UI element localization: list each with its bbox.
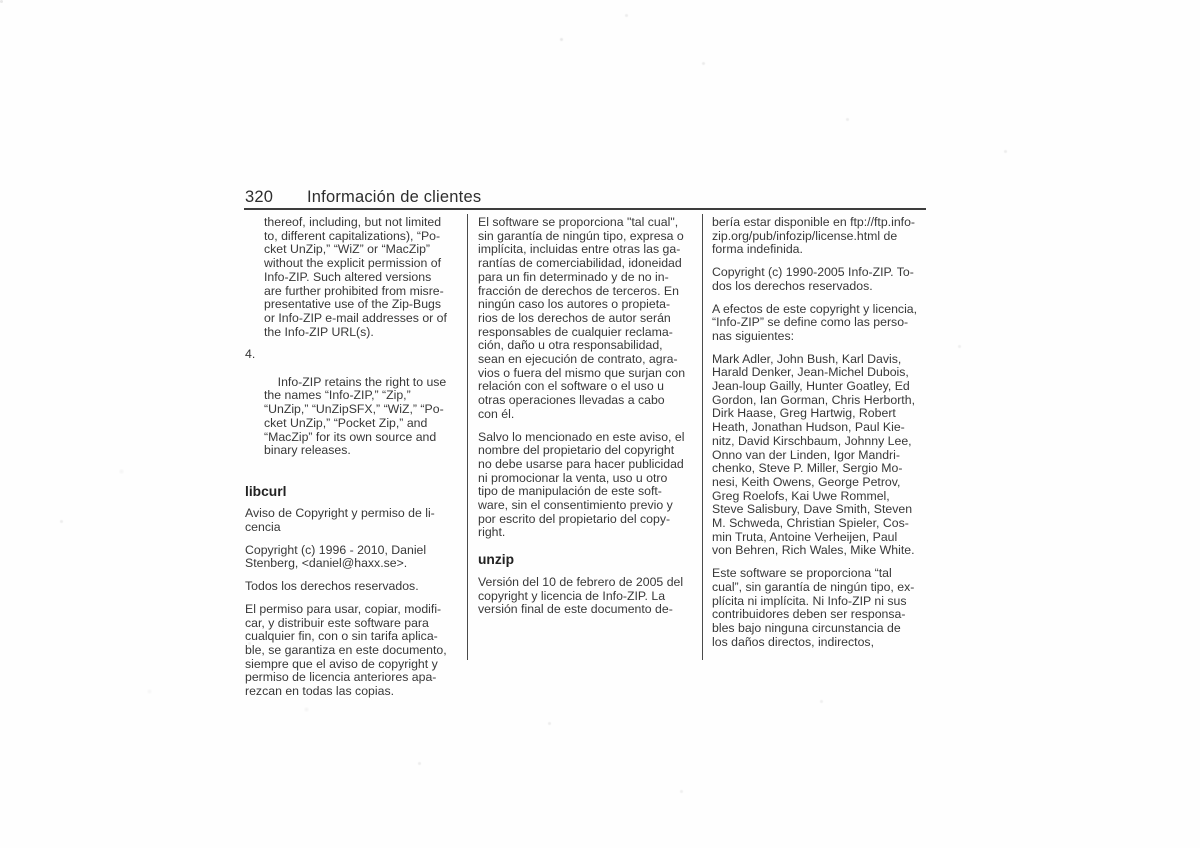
paragraph-el-permiso: El permiso para usar, copiar, modifi- ca… [245,603,469,699]
paragraph-beria-disponible: bería estar disponible en ftp://ftp.info… [712,216,936,257]
paragraph-todos-derechos: Todos los derechos reservados. [245,580,469,594]
page-header: 320Información de clientes [245,188,481,207]
paragraph-contributor-names: Mark Adler, John Bush, Karl Davis, Haral… [712,353,936,559]
paragraph-copyright-1990: Copyright (c) 1990-2005 Info-ZIP. To- do… [712,266,936,293]
list-item-4-marker: 4. [245,348,255,362]
paragraph-a-efectos: A efectos de este copyright y licencia, … [712,303,936,344]
column-divider-2 [702,214,703,660]
paragraph-copyright-1996: Copyright (c) 1996 - 2010, Daniel Stenbe… [245,544,469,571]
unzip-heading: unzip [478,553,702,567]
paragraph-aviso-copyright: Aviso de Copyright y permiso de li- cenc… [245,507,469,534]
paragraph-salvo: Salvo lo mencionado en este aviso, el no… [478,431,702,541]
list-item-4: 4. Info-ZIP retains the right to use the… [245,348,469,471]
column-3: bería estar disponible en ftp://ftp.info… [712,216,936,658]
paragraph-el-software: El software se proporciona "tal cual", s… [478,216,702,422]
column-2: El software se proporciona "tal cual", s… [478,216,702,626]
page-title: Información de clientes [307,188,481,206]
libcurl-heading: libcurl [245,485,469,499]
paragraph-este-software: Este software se proporciona “tal cual”,… [712,567,936,649]
list-item-3-continuation: thereof, including, but not limited to, … [245,216,469,339]
column-1: thereof, including, but not limited to, … [245,216,469,708]
header-rule [244,208,926,210]
paragraph-version-2005: Versión del 10 de febrero de 2005 del co… [478,576,702,617]
list-item-4-text: Info-ZIP retains the right to use the na… [264,375,446,458]
page-number: 320 [245,188,307,207]
